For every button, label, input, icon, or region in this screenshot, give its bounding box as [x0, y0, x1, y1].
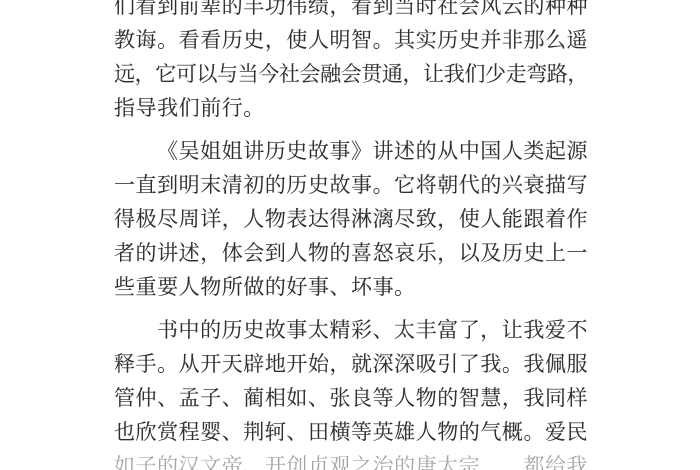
scanned-page: 们看到前辈的丰功伟绩，看到当时社会风云的种种教诲。看看历史，使人明智。其实历史并… [0, 0, 700, 470]
text-line: 也欣赏程婴、荆轲、田横等英雄人物的气概。爱民 [114, 421, 590, 443]
essay-text-block: 们看到前辈的丰功伟绩，看到当时社会风云的种种教诲。看看历史，使人明智。其实历史并… [114, 0, 590, 470]
text-line: 者的讲述，体会到人物的喜怒哀乐，以及历史上一 [114, 242, 590, 264]
text-line: 管仲、孟子、蔺相如、张良等人物的智慧，我同样 [114, 387, 590, 409]
text-line: 远，它可以与当今社会融会贯通，让我们少走弯路， [114, 63, 590, 85]
text-line: 一直到明末清初的历史故事。它将朝代的兴衰描写 [114, 174, 590, 196]
text-line: 如子的汉文帝、开创贞观之治的唐太宗……都给我 [114, 455, 590, 470]
text-line: 些重要人物所做的好事、坏事。 [114, 276, 590, 298]
text-line: 释手。从开天辟地开始，就深深吸引了我。我佩服 [114, 353, 590, 375]
text-line: 《吴姐姐讲历史故事》讲述的从中国人类起源 [114, 140, 633, 162]
text-line: 们看到前辈的丰功伟绩，看到当时社会风云的种种 [114, 0, 590, 17]
text-line: 指导我们前行。 [114, 97, 590, 119]
text-line: 书中的历史故事太精彩、太丰富了，让我爱不 [114, 319, 633, 341]
text-line: 得极尽周详，人物表达得淋漓尽致，使人能跟着作 [114, 208, 590, 230]
text-line: 教诲。看看历史，使人明智。其实历史并非那么遥 [114, 29, 590, 51]
